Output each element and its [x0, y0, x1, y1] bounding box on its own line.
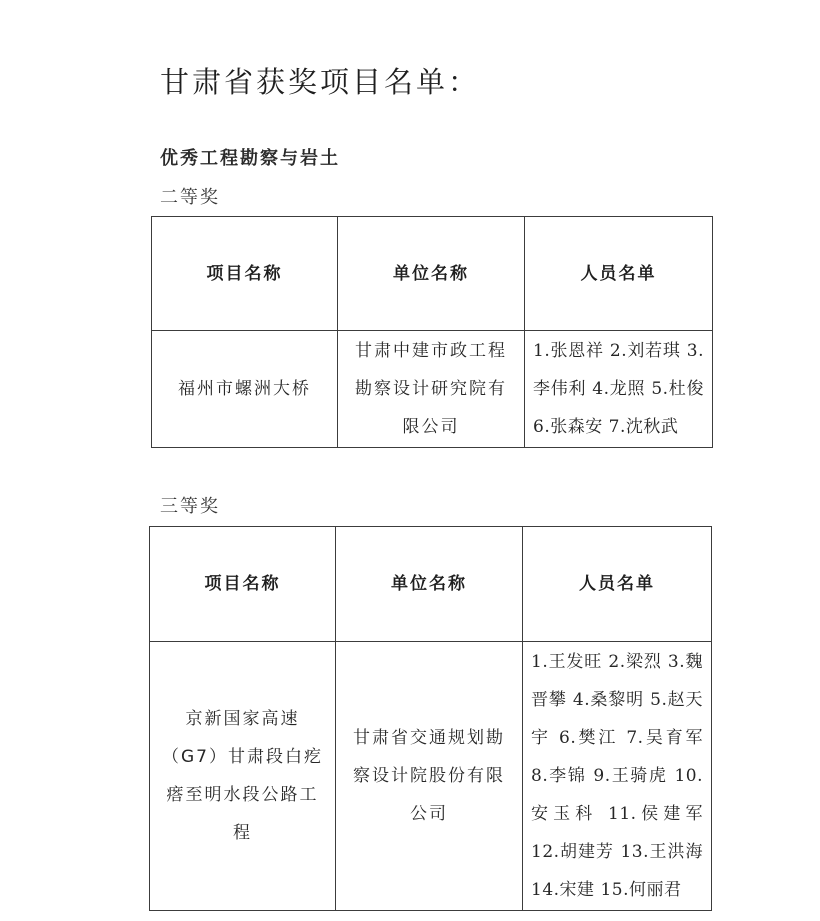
header-project-name: 项目名称 [150, 527, 336, 642]
award-level-third-prize: 三等奖 [160, 492, 220, 518]
personnel-list: 1.王发旺 2.梁烈 3.魏晋攀 4.桑黎明 5.赵天宇 6.樊江 7.吴育军 … [531, 643, 703, 909]
project-name: 京新国家高速（G7）甘肃段白疙瘩至明水段公路工程 [160, 700, 325, 852]
unit-name: 甘肃省交通规划勘察设计院股份有限公司 [346, 719, 512, 833]
unit-name: 甘肃中建市政工程勘察设计研究院有限公司 [348, 332, 514, 446]
header-personnel-list: 人员名单 [523, 527, 712, 642]
unit-name-cell: 甘肃省交通规划勘察设计院股份有限公司 [336, 642, 523, 911]
unit-name-cell: 甘肃中建市政工程勘察设计研究院有限公司 [338, 331, 525, 448]
table-header-row: 项目名称 单位名称 人员名单 [152, 217, 713, 331]
category-heading: 优秀工程勘察与岩土 [160, 144, 340, 170]
table-row: 京新国家高速（G7）甘肃段白疙瘩至明水段公路工程 甘肃省交通规划勘察设计院股份有… [150, 642, 712, 911]
award-level-second-prize: 二等奖 [160, 183, 220, 209]
project-name: 福州市螺洲大桥 [162, 370, 327, 408]
project-name-cell: 京新国家高速（G7）甘肃段白疙瘩至明水段公路工程 [150, 642, 336, 911]
header-personnel-list: 人员名单 [525, 217, 713, 331]
personnel-list-cell: 1.王发旺 2.梁烈 3.魏晋攀 4.桑黎明 5.赵天宇 6.樊江 7.吴育军 … [523, 642, 712, 911]
project-name-cell: 福州市螺洲大桥 [152, 331, 338, 448]
header-unit-name: 单位名称 [336, 527, 523, 642]
page-title: 甘肃省获奖项目名单： [160, 60, 480, 101]
table-header-row: 项目名称 单位名称 人员名单 [150, 527, 712, 642]
table-row: 福州市螺洲大桥 甘肃中建市政工程勘察设计研究院有限公司 1.张恩祥 2.刘若琪 … [152, 331, 713, 448]
personnel-list-cell: 1.张恩祥 2.刘若琪 3.李伟利 4.龙照 5.杜俊 6.张森安 7.沈秋武 [525, 331, 713, 448]
personnel-list: 1.张恩祥 2.刘若琪 3.李伟利 4.龙照 5.杜俊 6.张森安 7.沈秋武 [533, 332, 704, 446]
second-prize-table: 项目名称 单位名称 人员名单 福州市螺洲大桥 甘肃中建市政工程勘察设计研究院有限… [151, 216, 713, 448]
third-prize-table: 项目名称 单位名称 人员名单 京新国家高速（G7）甘肃段白疙瘩至明水段公路工程 … [149, 526, 712, 911]
header-unit-name: 单位名称 [338, 217, 525, 331]
header-project-name: 项目名称 [152, 217, 338, 331]
